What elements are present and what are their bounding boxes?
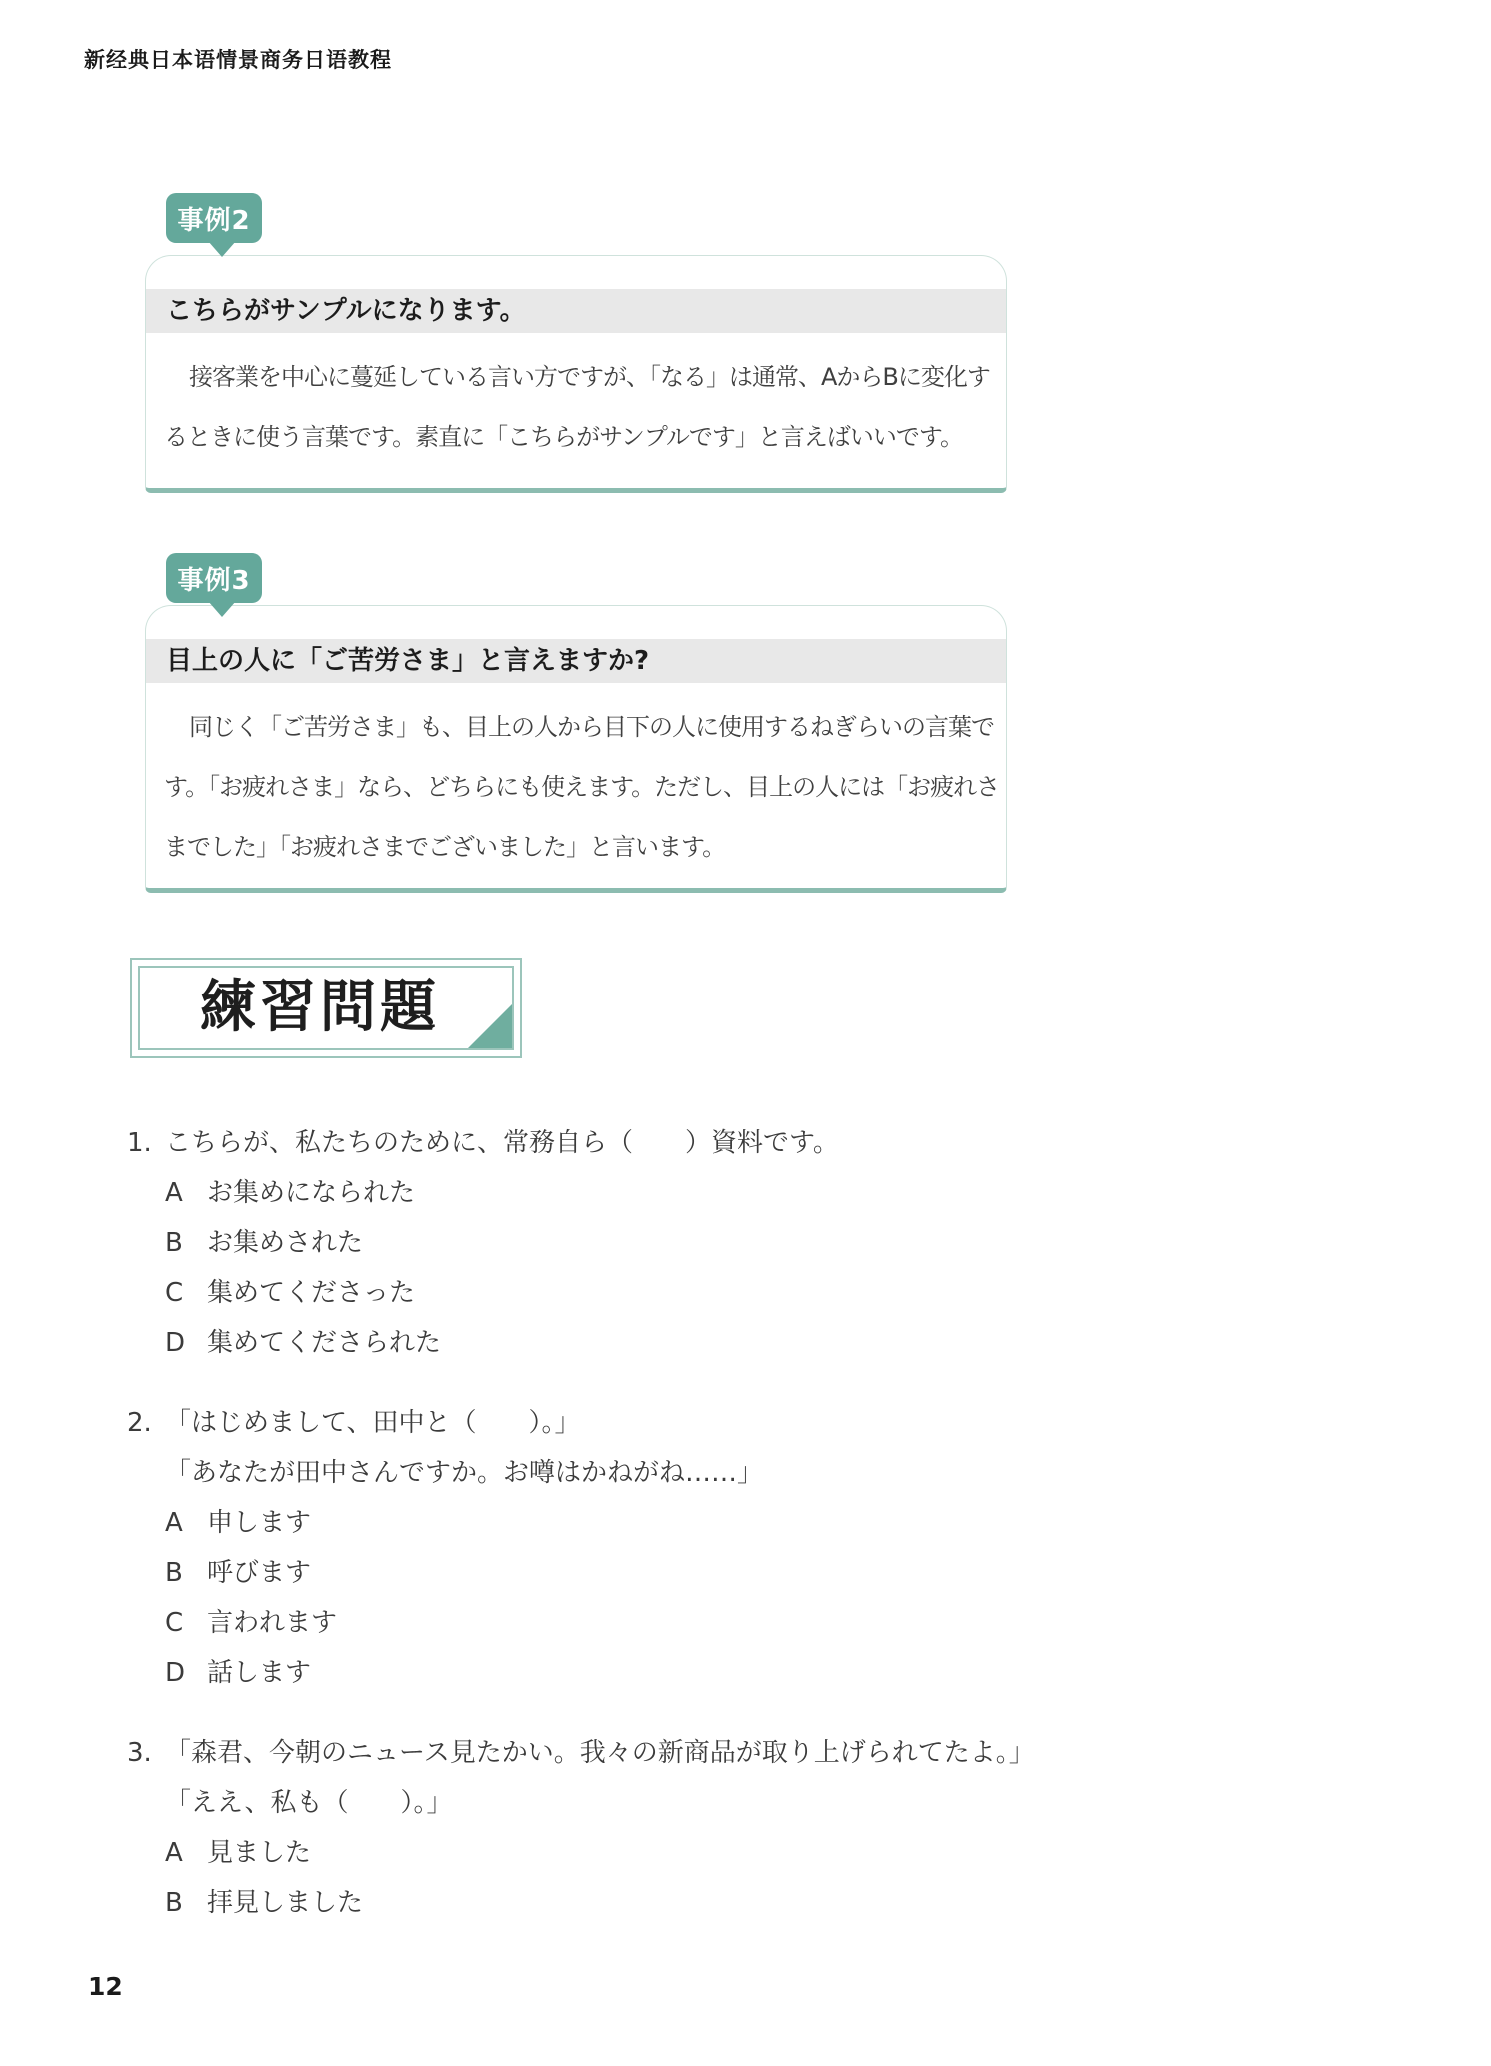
option-a: A お集めになられた bbox=[165, 1168, 1127, 1218]
option-c: C 言われます bbox=[165, 1598, 1127, 1648]
option-text: 申します bbox=[207, 1498, 311, 1548]
option-label: C bbox=[165, 1268, 207, 1318]
option-text: 集めてくださった bbox=[207, 1268, 415, 1318]
option-label: B bbox=[165, 1878, 207, 1928]
case2-body: 接客業を中心に蔓延している言い方ですが、「なる」は通常、AからBに変化す るとき… bbox=[146, 347, 1006, 467]
option-text: お集めされた bbox=[207, 1218, 363, 1268]
question-number: 3. bbox=[127, 1728, 152, 1778]
exercise-heading-inner: 練習問題 bbox=[138, 966, 514, 1050]
page-number: 12 bbox=[88, 1972, 123, 2001]
case3-box: 目上の人に「ご苦労さま」と言えますか? 同じく「ご苦労さま」も、目上の人から目下… bbox=[145, 605, 1007, 893]
question-text: 1. こちらが、私たちのために、常務自ら（ ）資料です。 bbox=[165, 1118, 1127, 1168]
option-label: B bbox=[165, 1548, 207, 1598]
option-text: 集めてくださられた bbox=[207, 1318, 441, 1368]
question-text: 2. 「はじめまして、田中と（ ）。」 bbox=[165, 1398, 1127, 1448]
option-b: B 呼びます bbox=[165, 1548, 1127, 1598]
option-c: C 集めてくださった bbox=[165, 1268, 1127, 1318]
option-text: お集めになられた bbox=[207, 1168, 415, 1218]
option-text: 呼びます bbox=[207, 1548, 311, 1598]
case3-body-line: までした」「お疲れさまでございました」と言います。 bbox=[164, 817, 992, 877]
option-b: B 拝見しました bbox=[165, 1878, 1127, 1928]
option-text: 見ました bbox=[207, 1828, 311, 1878]
case3-body-line: 同じく「ご苦労さま」も、目上の人から目下の人に使用するねぎらいの言葉で bbox=[164, 697, 992, 757]
option-label: C bbox=[165, 1598, 207, 1648]
option-b: B お集めされた bbox=[165, 1218, 1127, 1268]
question-text: 「あなたが田中さんですか。お噂はかねがね……」 bbox=[165, 1448, 1127, 1498]
option-a: A 見ました bbox=[165, 1828, 1127, 1878]
exercise-heading-box: 練習問題 bbox=[130, 958, 522, 1058]
question-text: 3. 「森君、今朝のニュース見たかい。我々の新商品が取り上げられてたよ。」 bbox=[165, 1728, 1127, 1778]
textbook-page: 新经典日本语情景商务日语教程 事例2 こちらがサンプルになります。 接客業を中心… bbox=[0, 0, 1491, 2066]
question-line: 「はじめまして、田中と（ ）。」 bbox=[165, 1408, 580, 1438]
case2-badge-label: 事例2 bbox=[177, 200, 250, 237]
case3-body: 同じく「ご苦労さま」も、目上の人から目下の人に使用するねぎらいの言葉で す。「お… bbox=[146, 697, 1006, 877]
case2-body-line: るときに使う言葉です。素直に「こちらがサンプルです」と言えばいいです。 bbox=[164, 407, 992, 467]
option-text: 拝見しました bbox=[207, 1878, 363, 1928]
case3-badge: 事例3 bbox=[166, 553, 262, 603]
question-text: 「ええ、私も（ ）。」 bbox=[165, 1778, 1127, 1828]
option-d: D 集めてくださられた bbox=[165, 1318, 1127, 1368]
question-line: 「森君、今朝のニュース見たかい。我々の新商品が取り上げられてたよ。」 bbox=[165, 1738, 1035, 1768]
case2-badge: 事例2 bbox=[166, 193, 262, 243]
question-number: 1. bbox=[127, 1118, 152, 1168]
question-line: 「ええ、私も（ ）。」 bbox=[165, 1788, 453, 1818]
badge-tail-icon bbox=[208, 241, 236, 257]
option-label: D bbox=[165, 1648, 207, 1698]
question-line: こちらが、私たちのために、常務自ら（ ）資料です。 bbox=[165, 1128, 839, 1158]
option-text: 話します bbox=[207, 1648, 311, 1698]
exercise-heading-title: 練習問題 bbox=[140, 968, 512, 1046]
case2-box: こちらがサンプルになります。 接客業を中心に蔓延している言い方ですが、「なる」は… bbox=[145, 255, 1007, 493]
question-list: 1. こちらが、私たちのために、常務自ら（ ）資料です。 A お集めになられた … bbox=[127, 1118, 1127, 1958]
option-label: A bbox=[165, 1828, 207, 1878]
option-label: A bbox=[165, 1168, 207, 1218]
question-line: 「あなたが田中さんですか。お噂はかねがね……」 bbox=[165, 1458, 763, 1488]
corner-fold-icon bbox=[468, 1004, 512, 1048]
option-label: B bbox=[165, 1218, 207, 1268]
question-2: 2. 「はじめまして、田中と（ ）。」 「あなたが田中さんですか。お噂はかねがね… bbox=[127, 1398, 1127, 1698]
case3-title: 目上の人に「ご苦労さま」と言えますか? bbox=[146, 639, 1006, 683]
question-3: 3. 「森君、今朝のニュース見たかい。我々の新商品が取り上げられてたよ。」 「え… bbox=[127, 1728, 1127, 1928]
option-a: A 申します bbox=[165, 1498, 1127, 1548]
case3-badge-label: 事例3 bbox=[177, 560, 250, 597]
case3-body-line: す。「お疲れさま」なら、どちらにも使えます。ただし、目上の人には「お疲れさ bbox=[164, 757, 992, 817]
option-d: D 話します bbox=[165, 1648, 1127, 1698]
question-number: 2. bbox=[127, 1398, 152, 1448]
question-1: 1. こちらが、私たちのために、常務自ら（ ）資料です。 A お集めになられた … bbox=[127, 1118, 1127, 1368]
option-label: D bbox=[165, 1318, 207, 1368]
case2-body-line: 接客業を中心に蔓延している言い方ですが、「なる」は通常、AからBに変化す bbox=[164, 347, 992, 407]
case2-title: こちらがサンプルになります。 bbox=[146, 289, 1006, 333]
badge-tail-icon bbox=[208, 601, 236, 617]
option-label: A bbox=[165, 1498, 207, 1548]
book-title-header: 新经典日本语情景商务日语教程 bbox=[84, 44, 392, 74]
option-text: 言われます bbox=[207, 1598, 337, 1648]
